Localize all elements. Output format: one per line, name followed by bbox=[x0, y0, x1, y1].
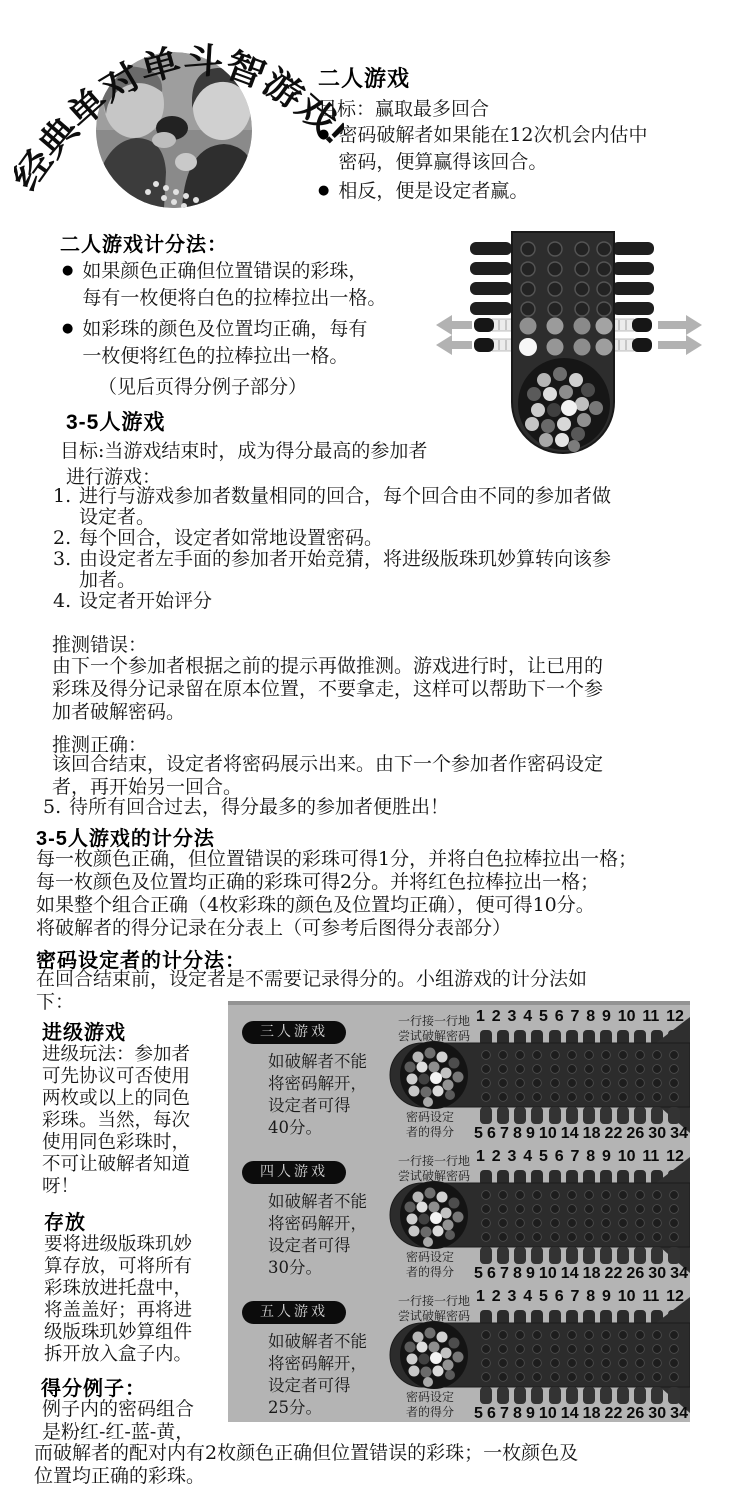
multi-player-goal: 目标:当游戏结束时，成为得分最高的参加者 bbox=[60, 436, 427, 463]
number-cell: 30 bbox=[648, 1125, 666, 1143]
advanced-game-text: 进级玩法：参加者 可先协议可否使用 两枚或以上的同色 彩珠。当然，每次 使用同色… bbox=[42, 1044, 222, 1198]
slider-left-pulled bbox=[474, 318, 514, 352]
number-cell: 10 bbox=[539, 1125, 557, 1143]
step-4: 4. 设定者开始评分 bbox=[53, 591, 733, 612]
number-cell: 1 bbox=[476, 1148, 485, 1166]
number-cell: 4 bbox=[523, 1008, 532, 1026]
number-cell: 26 bbox=[626, 1405, 644, 1423]
number-cell: 5 bbox=[539, 1288, 548, 1306]
step-2: 2. 每个回合，设定者如常地设置密码。 bbox=[53, 528, 733, 549]
number-cell: 10 bbox=[539, 1405, 557, 1423]
multi-player-title: 3-5人游戏 bbox=[66, 406, 165, 436]
number-cell: 11 bbox=[642, 1288, 659, 1306]
step-5: 5. 待所有回合过去，得分最多的参加者便胜出！ bbox=[43, 796, 449, 818]
bullet-icon: ● bbox=[318, 122, 329, 148]
number-cell: 9 bbox=[602, 1008, 611, 1026]
right-guess-text: 该回合结束，设定者将密码展示出来。由下一个参加者作密码设定 者，再开始另一回合。 bbox=[52, 753, 712, 799]
attempt-label: 一行接一行地 尝试破解密码 bbox=[398, 1294, 470, 1324]
setter-score-label: 密码设定 者的得分 bbox=[406, 1250, 454, 1280]
score-example-detail: 而破解者的配对内有2枚颜色正确但位置错误的彩珠；一枚颜色及 位置均正确的彩珠。 bbox=[34, 1442, 714, 1488]
number-cell: 3 bbox=[508, 1008, 517, 1026]
setter-score-label: 密码设定 者的得分 bbox=[406, 1110, 454, 1140]
attempt-label: 一行接一行地 尝试破解密码 bbox=[398, 1014, 470, 1044]
five-player-caption: 如破解者不能 将密码解开， 设定者可得 25分。 bbox=[268, 1331, 367, 1419]
bullet-icon: ● bbox=[62, 316, 73, 342]
four-player-caption: 如破解者不能 将密码解开， 设定者可得 30分。 bbox=[268, 1191, 367, 1279]
number-cell: 9 bbox=[526, 1125, 535, 1143]
number-cell: 11 bbox=[642, 1148, 659, 1166]
score-example-intro: 例子内的密码组合 是粉红-红-蓝-黄， bbox=[42, 1398, 242, 1444]
number-cell: 9 bbox=[602, 1288, 611, 1306]
number-cell: 6 bbox=[487, 1405, 496, 1423]
panel-section-five-players: 五人游戏 如破解者不能 将密码解开， 设定者可得 25分。 一行接一行地 尝试破… bbox=[228, 1285, 690, 1425]
attempt-numbers: 123456789101112 bbox=[476, 1008, 684, 1026]
number-cell: 7 bbox=[500, 1125, 509, 1143]
two-player-scoring-title: 二人游戏计分法： bbox=[60, 228, 228, 257]
attempt-label: 一行接一行地 尝试破解密码 bbox=[398, 1154, 470, 1184]
number-cell: 9 bbox=[602, 1148, 611, 1166]
number-cell: 18 bbox=[583, 1125, 601, 1143]
number-cell: 34 bbox=[670, 1405, 688, 1423]
number-cell: 5 bbox=[474, 1265, 483, 1283]
number-cell: 26 bbox=[626, 1125, 644, 1143]
wrong-guess-title: 推测错误： bbox=[52, 630, 147, 657]
storage-text: 要将进级版珠玑妙 算存放，可将所有 彩珠放进托盘中， 将盖盖好；再将进 级版珠玑… bbox=[44, 1234, 224, 1366]
number-cell: 5 bbox=[539, 1148, 548, 1166]
game-board-illustration bbox=[428, 222, 710, 470]
number-cell: 30 bbox=[648, 1265, 666, 1283]
scoring-bullet-red: ● 如彩珠的颜色及位置均正确，每有 一枚便将红色的拉棒拉出一格。 bbox=[62, 316, 442, 370]
step-3: 3. 由设定者左手面的参加者开始竞猜，将进级版珠玑妙算转向该参 加者。 bbox=[53, 549, 733, 591]
number-cell: 22 bbox=[605, 1405, 623, 1423]
four-player-pill: 四人游戏 bbox=[242, 1161, 346, 1184]
number-cell: 7 bbox=[571, 1148, 580, 1166]
panel-section-four-players: 四人游戏 如破解者不能 将密码解开， 设定者可得 30分。 一行接一行地 尝试破… bbox=[228, 1145, 690, 1285]
bullet-icon: ● bbox=[62, 258, 73, 284]
two-player-bullet-2: ● 相反，便是设定者赢。 bbox=[318, 178, 718, 205]
number-cell: 3 bbox=[508, 1288, 517, 1306]
storage-title: 存放 bbox=[44, 1206, 86, 1235]
steps-list: 1. 进行与游戏参加者数量相同的回合，每个回合由不同的参加者做 设定者。 2. … bbox=[53, 486, 733, 612]
bullet-icon: ● bbox=[318, 178, 329, 204]
number-cell: 9 bbox=[526, 1265, 535, 1283]
number-cell: 18 bbox=[583, 1405, 601, 1423]
number-cell: 6 bbox=[555, 1148, 564, 1166]
scoring-note: （见后页得分例子部分） bbox=[98, 372, 307, 399]
number-cell: 6 bbox=[555, 1008, 564, 1026]
number-cell: 7 bbox=[500, 1405, 509, 1423]
setter-score-numbers: 5678910141822263034 bbox=[474, 1125, 688, 1143]
advanced-game-title: 进级游戏 bbox=[42, 1016, 126, 1045]
number-cell: 8 bbox=[586, 1288, 595, 1306]
number-cell: 8 bbox=[513, 1265, 522, 1283]
number-cell: 34 bbox=[670, 1125, 688, 1143]
number-cell: 6 bbox=[555, 1288, 564, 1306]
number-cell: 8 bbox=[586, 1008, 595, 1026]
number-cell: 7 bbox=[500, 1265, 509, 1283]
multi-scoring-text: 每一枚颜色正确，但位置错误的彩珠可得1分，并将白色拉棒拉出一格； 每一枚颜色及位… bbox=[36, 848, 736, 940]
number-cell: 2 bbox=[492, 1148, 501, 1166]
setter-score-numbers: 5678910141822263034 bbox=[474, 1405, 688, 1423]
number-cell: 8 bbox=[513, 1405, 522, 1423]
number-cell: 1 bbox=[476, 1288, 485, 1306]
number-cell: 34 bbox=[670, 1265, 688, 1283]
number-cell: 8 bbox=[586, 1148, 595, 1166]
three-player-caption: 如破解者不能 将密码解开， 设定者可得 40分。 bbox=[268, 1051, 367, 1139]
setter-score-numbers: 5678910141822263034 bbox=[474, 1265, 688, 1283]
score-example-title: 得分例子： bbox=[41, 1372, 146, 1401]
two-player-title: 二人游戏 bbox=[318, 62, 410, 93]
slider-right-pulled bbox=[612, 318, 652, 352]
number-cell: 5 bbox=[474, 1125, 483, 1143]
number-cell: 7 bbox=[571, 1008, 580, 1026]
number-cell: 26 bbox=[626, 1265, 644, 1283]
manual-page: { "hero": { "arc_text": "经典单对单斗智游戏!" }, … bbox=[0, 0, 750, 1491]
number-cell: 30 bbox=[648, 1405, 666, 1423]
number-cell: 4 bbox=[523, 1148, 532, 1166]
number-cell: 14 bbox=[561, 1265, 579, 1283]
attempt-numbers: 123456789101112 bbox=[476, 1148, 684, 1166]
number-cell: 14 bbox=[561, 1125, 579, 1143]
number-cell: 8 bbox=[513, 1125, 522, 1143]
panel-section-three-players: 三人游戏 如破解者不能 将密码解开， 设定者可得 40分。 一行接一行地 尝试破… bbox=[228, 1005, 690, 1145]
number-cell: 18 bbox=[583, 1265, 601, 1283]
two-player-goal: 目标：赢取最多回合 bbox=[318, 94, 489, 121]
two-player-bullet-1: ● 密码破解者如果能在12次机会内估中 密码，便算赢得该回合。 bbox=[318, 122, 718, 176]
number-cell: 12 bbox=[666, 1148, 684, 1166]
number-cell: 2 bbox=[492, 1008, 501, 1026]
number-cell: 6 bbox=[487, 1265, 496, 1283]
three-player-pill: 三人游戏 bbox=[242, 1021, 346, 1044]
setter-score-label: 密码设定 者的得分 bbox=[406, 1390, 454, 1420]
number-cell: 5 bbox=[539, 1008, 548, 1026]
number-cell: 5 bbox=[474, 1405, 483, 1423]
group-scoring-panel: 三人游戏 如破解者不能 将密码解开， 设定者可得 40分。 一行接一行地 尝试破… bbox=[228, 1001, 690, 1422]
number-cell: 12 bbox=[666, 1288, 684, 1306]
step-1: 1. 进行与游戏参加者数量相同的回合，每个回合由不同的参加者做 设定者。 bbox=[53, 486, 733, 528]
hero-photo-and-slogan: 经典单对单斗智游戏! bbox=[14, 12, 344, 227]
number-cell: 10 bbox=[618, 1148, 636, 1166]
number-cell: 22 bbox=[605, 1265, 623, 1283]
number-cell: 10 bbox=[618, 1288, 636, 1306]
number-cell: 1 bbox=[476, 1008, 485, 1026]
number-cell: 22 bbox=[605, 1125, 623, 1143]
number-cell: 9 bbox=[526, 1405, 535, 1423]
number-cell: 14 bbox=[561, 1405, 579, 1423]
number-cell: 2 bbox=[492, 1288, 501, 1306]
number-cell: 4 bbox=[523, 1288, 532, 1306]
number-cell: 7 bbox=[571, 1288, 580, 1306]
multi-scoring-title: 3-5人游戏的计分法 bbox=[36, 822, 215, 851]
five-player-pill: 五人游戏 bbox=[242, 1301, 346, 1324]
number-cell: 6 bbox=[487, 1125, 496, 1143]
wrong-guess-text: 由下一个参加者根据之前的提示再做推测。游戏进行时，让已用的 彩珠及得分记录留在原… bbox=[52, 655, 712, 724]
number-cell: 10 bbox=[618, 1008, 636, 1026]
number-cell: 12 bbox=[666, 1008, 684, 1026]
scoring-bullet-white: ● 如果颜色正确但位置错误的彩珠， 每有一枚便将白色的拉棒拉出一格。 bbox=[62, 258, 442, 312]
number-cell: 11 bbox=[642, 1008, 659, 1026]
number-cell: 10 bbox=[539, 1265, 557, 1283]
number-cell: 3 bbox=[508, 1148, 517, 1166]
attempt-numbers: 123456789101112 bbox=[476, 1288, 684, 1306]
